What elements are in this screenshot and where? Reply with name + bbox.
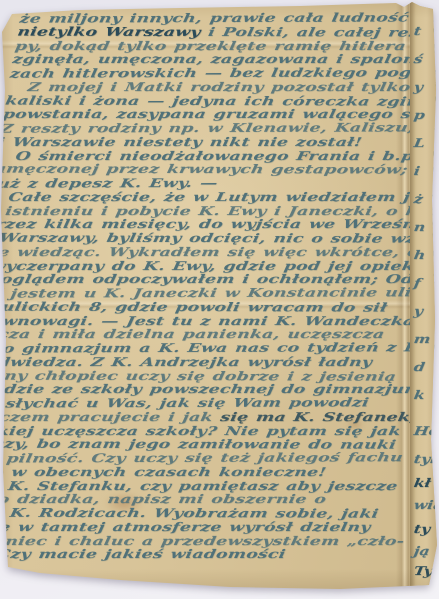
letter-line: i jego pilność. Czy uczy się też jakiego…: [0, 451, 333, 466]
letter-segment: tu do gimnazjum a K. Ewa nas co tydzień …: [0, 340, 439, 355]
page-edge-fragment: f: [413, 276, 422, 290]
letter-line: młodzieniec i chaluc a przedewszystkiem …: [0, 535, 318, 549]
letter-segment-dark-ink: się ma K. Stefanek,: [219, 410, 417, 424]
letter-segment: i doglądem odpoczywałem i ochłonąłem; Od…: [0, 272, 439, 286]
letter-segment: O śmierci nieodżałowanego Frania i b.p. …: [15, 149, 439, 163]
page-edge-fragment: kł: [413, 476, 432, 490]
page-edge-fragment: k: [413, 388, 426, 402]
letter-line: Z mojej i Matki rodziny pozostał tylko W…: [7, 81, 398, 95]
second-page-edge: tśypLiżnhfymdkHotylkłwiatyjąTyp: [410, 0, 439, 599]
letter-segment: jest to w obecnych czasach konieczne!: [0, 465, 328, 479]
letter-segment: Całe szczęście, że w Lutym wiedziałem ju…: [7, 190, 434, 204]
paper-shadow-wrap: że miljony innych, prawie cała ludność ż…: [0, 0, 439, 599]
letter-segment: przejdzie ze szkoły powszechnej do gimna…: [0, 382, 430, 396]
letter-line: tu do gimnazjum a K. Ewa nas co tydzień …: [0, 341, 352, 356]
letter-segment: Co słychać u Was, jak się Wam powodzi: [0, 395, 370, 410]
page-edge-fragment: Typ: [413, 564, 439, 578]
page-edge-fragment: y: [413, 80, 424, 94]
letter-line: py, dokąd tylko przeklęte ramię hitlera …: [14, 40, 405, 54]
letter-segment: powstania, zasypana gruzami walącego się…: [2, 107, 439, 121]
letter-segment: urocza i miła dzielna panienka, uczęszcz…: [0, 327, 386, 341]
letter-segment: dzielny chłopiec uczy się dobrze i z jes…: [0, 368, 398, 383]
page-edge-fragment: tyl: [413, 452, 437, 466]
letter-segment-dark-ink: nietylko Warszawy: [16, 24, 202, 38]
page-edge-fragment: ż: [413, 192, 424, 206]
letter-line: wiek”! Czy macie jakieś wiadomości: [0, 548, 316, 562]
page-edge-fragment: t: [413, 24, 422, 38]
letter-segment: przez kilka miesięcy, do wyjścia we Wrze…: [0, 217, 436, 231]
page-edge-fragment: ty: [413, 522, 432, 536]
letter-segment: Potulickich 8, gdzie powoli wracam do si…: [0, 299, 388, 314]
letter-line: jest to w obecnych czasach konieczne!: [0, 466, 330, 480]
letter-segment: i Warszawie niestety nikt nie został!: [0, 135, 363, 149]
page-edge-fragment: ją: [413, 544, 431, 558]
letter-segment: z Ciebie w tamtej atmosferze wyrósł dzie…: [0, 520, 372, 534]
letter-line: nie wiedząc. Wykradłem się więc wkrótce,…: [0, 246, 369, 260]
letter-segment: kaliski i żona — jedyna ich córeczka zgi…: [4, 93, 439, 108]
letter-segment: zaś jestem u K. Janeczki w Konstancinie …: [0, 285, 435, 300]
letter-segment: do jakiej uczęszcza szkoły? Nie pytam si…: [0, 424, 402, 438]
letter-line: Potulickich 8, gdzie powoli wracam do si…: [0, 300, 359, 315]
page-edge-fragment: L: [413, 136, 426, 150]
letter-line: Z reszty rodziny np. w Klenawie, Kaliszu…: [0, 121, 391, 136]
letter-segment: wiek”! Czy macie jakieś wiadomości: [0, 547, 287, 561]
page-edge-fragment: wia: [413, 498, 439, 512]
letter-segment: przy czem pracujecie i jak: [0, 410, 222, 424]
page-edge-fragment: p: [413, 108, 426, 122]
letter-segment: zginęła, umęczona, zagazowana i spalona …: [11, 52, 439, 66]
letter-segment: z Warszawy, byliśmy odcięci, nic o sobie…: [0, 231, 439, 246]
letter-line: Całe szczęście, że w Lutym wiedziałem ju…: [0, 191, 379, 205]
letter-segment: zach hitlerowskich — bez ludzkiego pogrz…: [9, 65, 439, 80]
letter-line: już z depesz K. Ewy. —: [0, 176, 381, 191]
page-edge-fragment: ś: [413, 52, 424, 66]
page-edge-fragment: n: [413, 220, 427, 234]
page-edge-fragment: i: [413, 164, 421, 178]
letter-line: Sobie i K. Rodzicach. Wyobrażam sobie, j…: [0, 507, 323, 522]
letter-segment: gi odwiedza. Z K. Andrzejka wyrósł ładny: [0, 355, 373, 369]
photo-of-letter: że miljony innych, prawie cała ludność ż…: [0, 0, 439, 599]
letter-segment: umęczonej przez krwawych gestapowców; wi…: [0, 162, 439, 177]
letter-line: dzielny chłopiec uczy się dobrze i z jes…: [0, 369, 347, 384]
letter-segment: i jego pilność. Czy uczy się też jakiego…: [0, 450, 429, 465]
letter-line: i wyczerpany do K. Ewy, gdzie pod jej op…: [0, 260, 367, 274]
page-edge-fragment: Ho: [413, 424, 439, 438]
letter-line: gi odwiedza. Z K. Andrzejka wyrósł ładny: [0, 356, 350, 370]
letter-segment: Sobie i K. Rodzicach. Wyobrażam sobie, j…: [0, 506, 380, 521]
letter-segment: nie wiedząc. Wykradłem się więc wkrótce,…: [0, 245, 439, 259]
letter-line: z Ciebie w tamtej atmosferze wyrósł dzie…: [0, 521, 321, 535]
page-edge-fragment: h: [413, 248, 427, 262]
letter-line: i Warszawie niestety nikt nie został!: [0, 136, 388, 150]
letter-segment: Z mojej i Matki rodziny pozostał tylko W…: [27, 80, 439, 94]
letter-segment: i wyczerpany do K. Ewy, gdzie pod jej op…: [0, 259, 427, 273]
letter-line: A Ty K. Stefanku, czy pamiętasz aby jesz…: [0, 480, 328, 494]
page-edge-fragment: m: [413, 332, 432, 346]
letter-segment: starego dziadka, napisz mi obszernie o: [0, 492, 327, 506]
letter-line: przy czem pracujecie i jak się ma K. Ste…: [0, 411, 340, 425]
letter-segment: już z depesz K. Ewy. —: [0, 176, 219, 191]
letter-line: i równowagi. — Jest tu z nami K. Wandecz…: [0, 315, 357, 329]
letter-segment: i Polski, ale całej reszty Euro-: [199, 25, 439, 40]
page-edge-fragment: y: [413, 304, 424, 318]
letter-segment: o istnieniu i pobycie K. Ewy i Janeczki,…: [0, 204, 439, 218]
letter-segment: A Ty K. Stefanku, czy pamiętasz aby jesz…: [0, 479, 399, 493]
page-edge-fragment: d: [413, 360, 426, 374]
letter-segment: młodzieniec i chaluc a przedewszystkiem …: [0, 534, 406, 548]
letter-line: o istnieniu i pobycie K. Ewy i Janeczki,…: [0, 205, 376, 219]
letter-segment: i równowagi. — Jest tu z nami K. Wandecz…: [0, 314, 422, 328]
letter-segment: Z reszty rodziny np. w Klenawie, Kaliszu…: [0, 120, 439, 135]
letter-line: kaliski i żona — jedyna ich córeczka zgi…: [4, 94, 395, 109]
letter-page: że miljony innych, prawie cała ludność ż…: [0, 0, 439, 599]
letter-text: że miljony innych, prawie cała ludność ż…: [0, 12, 410, 562]
letter-segment: że miljony innych, prawie cała ludność: [19, 10, 418, 25]
letter-segment: py, dokąd tylko przeklęte ramię hitlera …: [14, 39, 439, 53]
